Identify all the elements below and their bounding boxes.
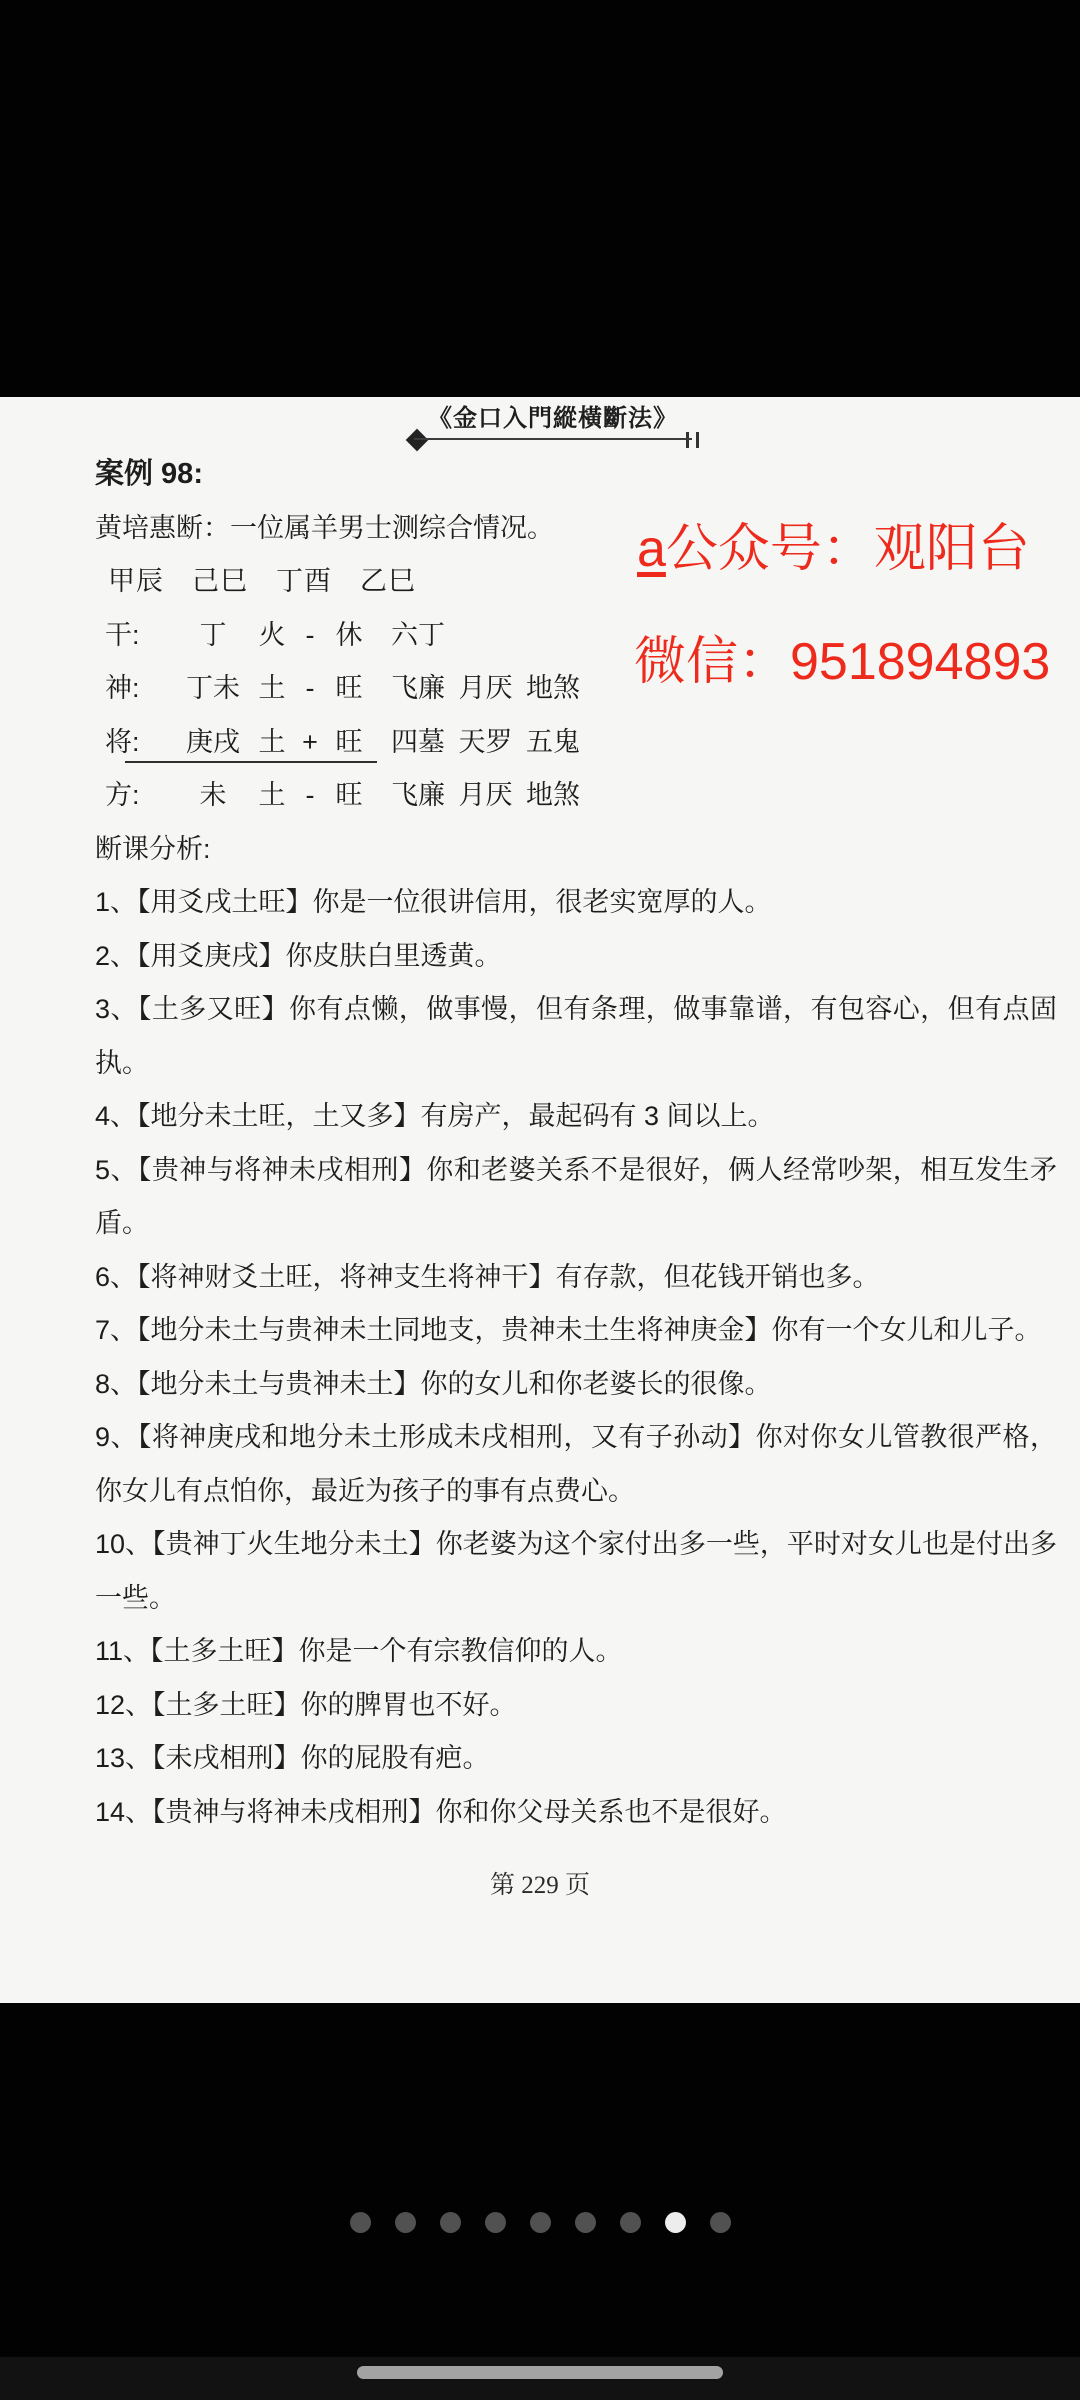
analysis-item: 8、【地分未土与贵神未土】你的女儿和你老婆长的很像。 <box>95 1358 1057 1412</box>
row-wuxing: 土 <box>251 662 293 716</box>
page-dot[interactable] <box>485 2212 506 2233</box>
analysis-item: 4、【地分未土旺，土又多】有房产，最起码有 3 间以上。 <box>95 1090 1057 1144</box>
page-dot[interactable] <box>665 2212 686 2233</box>
pagination-dots <box>0 2212 1080 2233</box>
analysis-item: 11、【土多土旺】你是一个有宗教信仰的人。 <box>95 1625 1057 1679</box>
home-indicator[interactable] <box>357 2366 723 2379</box>
row-wuxing: 火 <box>251 609 293 663</box>
analysis-item: 1、【用爻戌土旺】你是一位很讲信用，很老实宽厚的人。 <box>95 876 1057 930</box>
table-row-fang: 方: 未 土 - 旺 飞廉 月厌 地煞 <box>95 769 1057 823</box>
analysis-item: 2、【用爻庚戌】你皮肤白里透黄。 <box>95 930 1057 984</box>
row-shensha: 四墓 天罗 五鬼 <box>391 716 580 770</box>
row-label: 将: <box>105 716 175 770</box>
row-ganzhi: 丁 <box>175 609 251 663</box>
page-dot[interactable] <box>575 2212 596 2233</box>
page-dot[interactable] <box>440 2212 461 2233</box>
analysis-item: 5、【贵神与将神未戌相刑】你和老婆关系不是很好，俩人经常吵架，相互发生矛盾。 <box>95 1144 1057 1251</box>
row-state: 旺 <box>327 662 371 716</box>
page-dot[interactable] <box>350 2212 371 2233</box>
row-shensha: 六丁 <box>391 609 445 663</box>
row-ganzhi: 丁未 <box>175 662 251 716</box>
phone-screen: 《金口入門縱橫斷法》 案例 98: 黄培惠断：一位属羊男士测综合情况。 甲辰 己… <box>0 0 1080 2400</box>
row-state: 旺 <box>327 769 371 823</box>
analysis-heading: 断课分析: <box>95 823 1057 877</box>
case-heading: 案例 98: <box>95 448 1057 502</box>
row-wuxing: 土 <box>251 769 293 823</box>
book-title: 《金口入門縱橫斷法》 <box>428 406 678 432</box>
analysis-item: 9、【将神庚戌和地分未土形成未戌相刑，又有子孙动】你对你女儿管教很严格，你女儿有… <box>95 1411 1057 1518</box>
row-label: 方: <box>105 769 175 823</box>
row-label: 神: <box>105 662 175 716</box>
row-state: 休 <box>327 609 371 663</box>
analysis-item: 3、【土多又旺】你有点懒，做事慢，但有条理，做事靠谱，有包容心，但有点固执。 <box>95 983 1057 1090</box>
page-dot[interactable] <box>395 2212 416 2233</box>
header-end-mark-icon <box>686 432 699 448</box>
book-page-photo[interactable]: 《金口入門縱橫斷法》 案例 98: 黄培惠断：一位属羊男士测综合情况。 甲辰 己… <box>0 397 1080 2003</box>
row-state: 旺 <box>327 716 371 770</box>
watermark-official-account: a公众号：观阳台 <box>637 521 1030 578</box>
page-number: 第 229 页 <box>0 1859 1080 1912</box>
row-sign: - <box>293 662 327 716</box>
row-sign: - <box>293 769 327 823</box>
row-label: 干: <box>105 609 175 663</box>
analysis-item: 7、【地分未土与贵神未土同地支，贵神未土生将神庚金】你有一个女儿和儿子。 <box>95 1304 1057 1358</box>
analysis-item: 13、【未戌相刑】你的屁股有疤。 <box>95 1732 1057 1786</box>
page-dot[interactable] <box>710 2212 731 2233</box>
watermark-wechat-number: 微信：951894893 <box>634 634 1050 691</box>
row-shensha: 飞廉 月厌 地煞 <box>391 662 580 716</box>
row-ganzhi: 庚戌 <box>175 716 251 770</box>
page-dot[interactable] <box>530 2212 551 2233</box>
watermark-prefix: a <box>637 520 666 578</box>
page-dot[interactable] <box>620 2212 641 2233</box>
analysis-item: 10、【贵神丁火生地分未土】你老婆为这个家付出多一些，平时对女儿也是付出多一些。 <box>95 1518 1057 1625</box>
analysis-item: 12、【土多土旺】你的脾胃也不好。 <box>95 1679 1057 1733</box>
row-sign: - <box>293 609 327 663</box>
row-ganzhi: 未 <box>175 769 251 823</box>
table-row-jiang: 将: 庚戌 土 + 旺 四墓 天罗 五鬼 <box>95 716 1057 770</box>
analysis-item: 6、【将神财爻土旺，将神支生将神干】有存款，但花钱开销也多。 <box>95 1251 1057 1305</box>
book-running-header: 《金口入門縱橫斷法》 <box>412 398 690 440</box>
row-shensha: 飞廉 月厌 地煞 <box>391 769 580 823</box>
analysis-item: 14、【贵神与将神未戌相刑】你和你父母关系也不是很好。 <box>95 1786 1057 1840</box>
row-sign: + <box>293 716 327 770</box>
row-wuxing: 土 <box>251 716 293 770</box>
